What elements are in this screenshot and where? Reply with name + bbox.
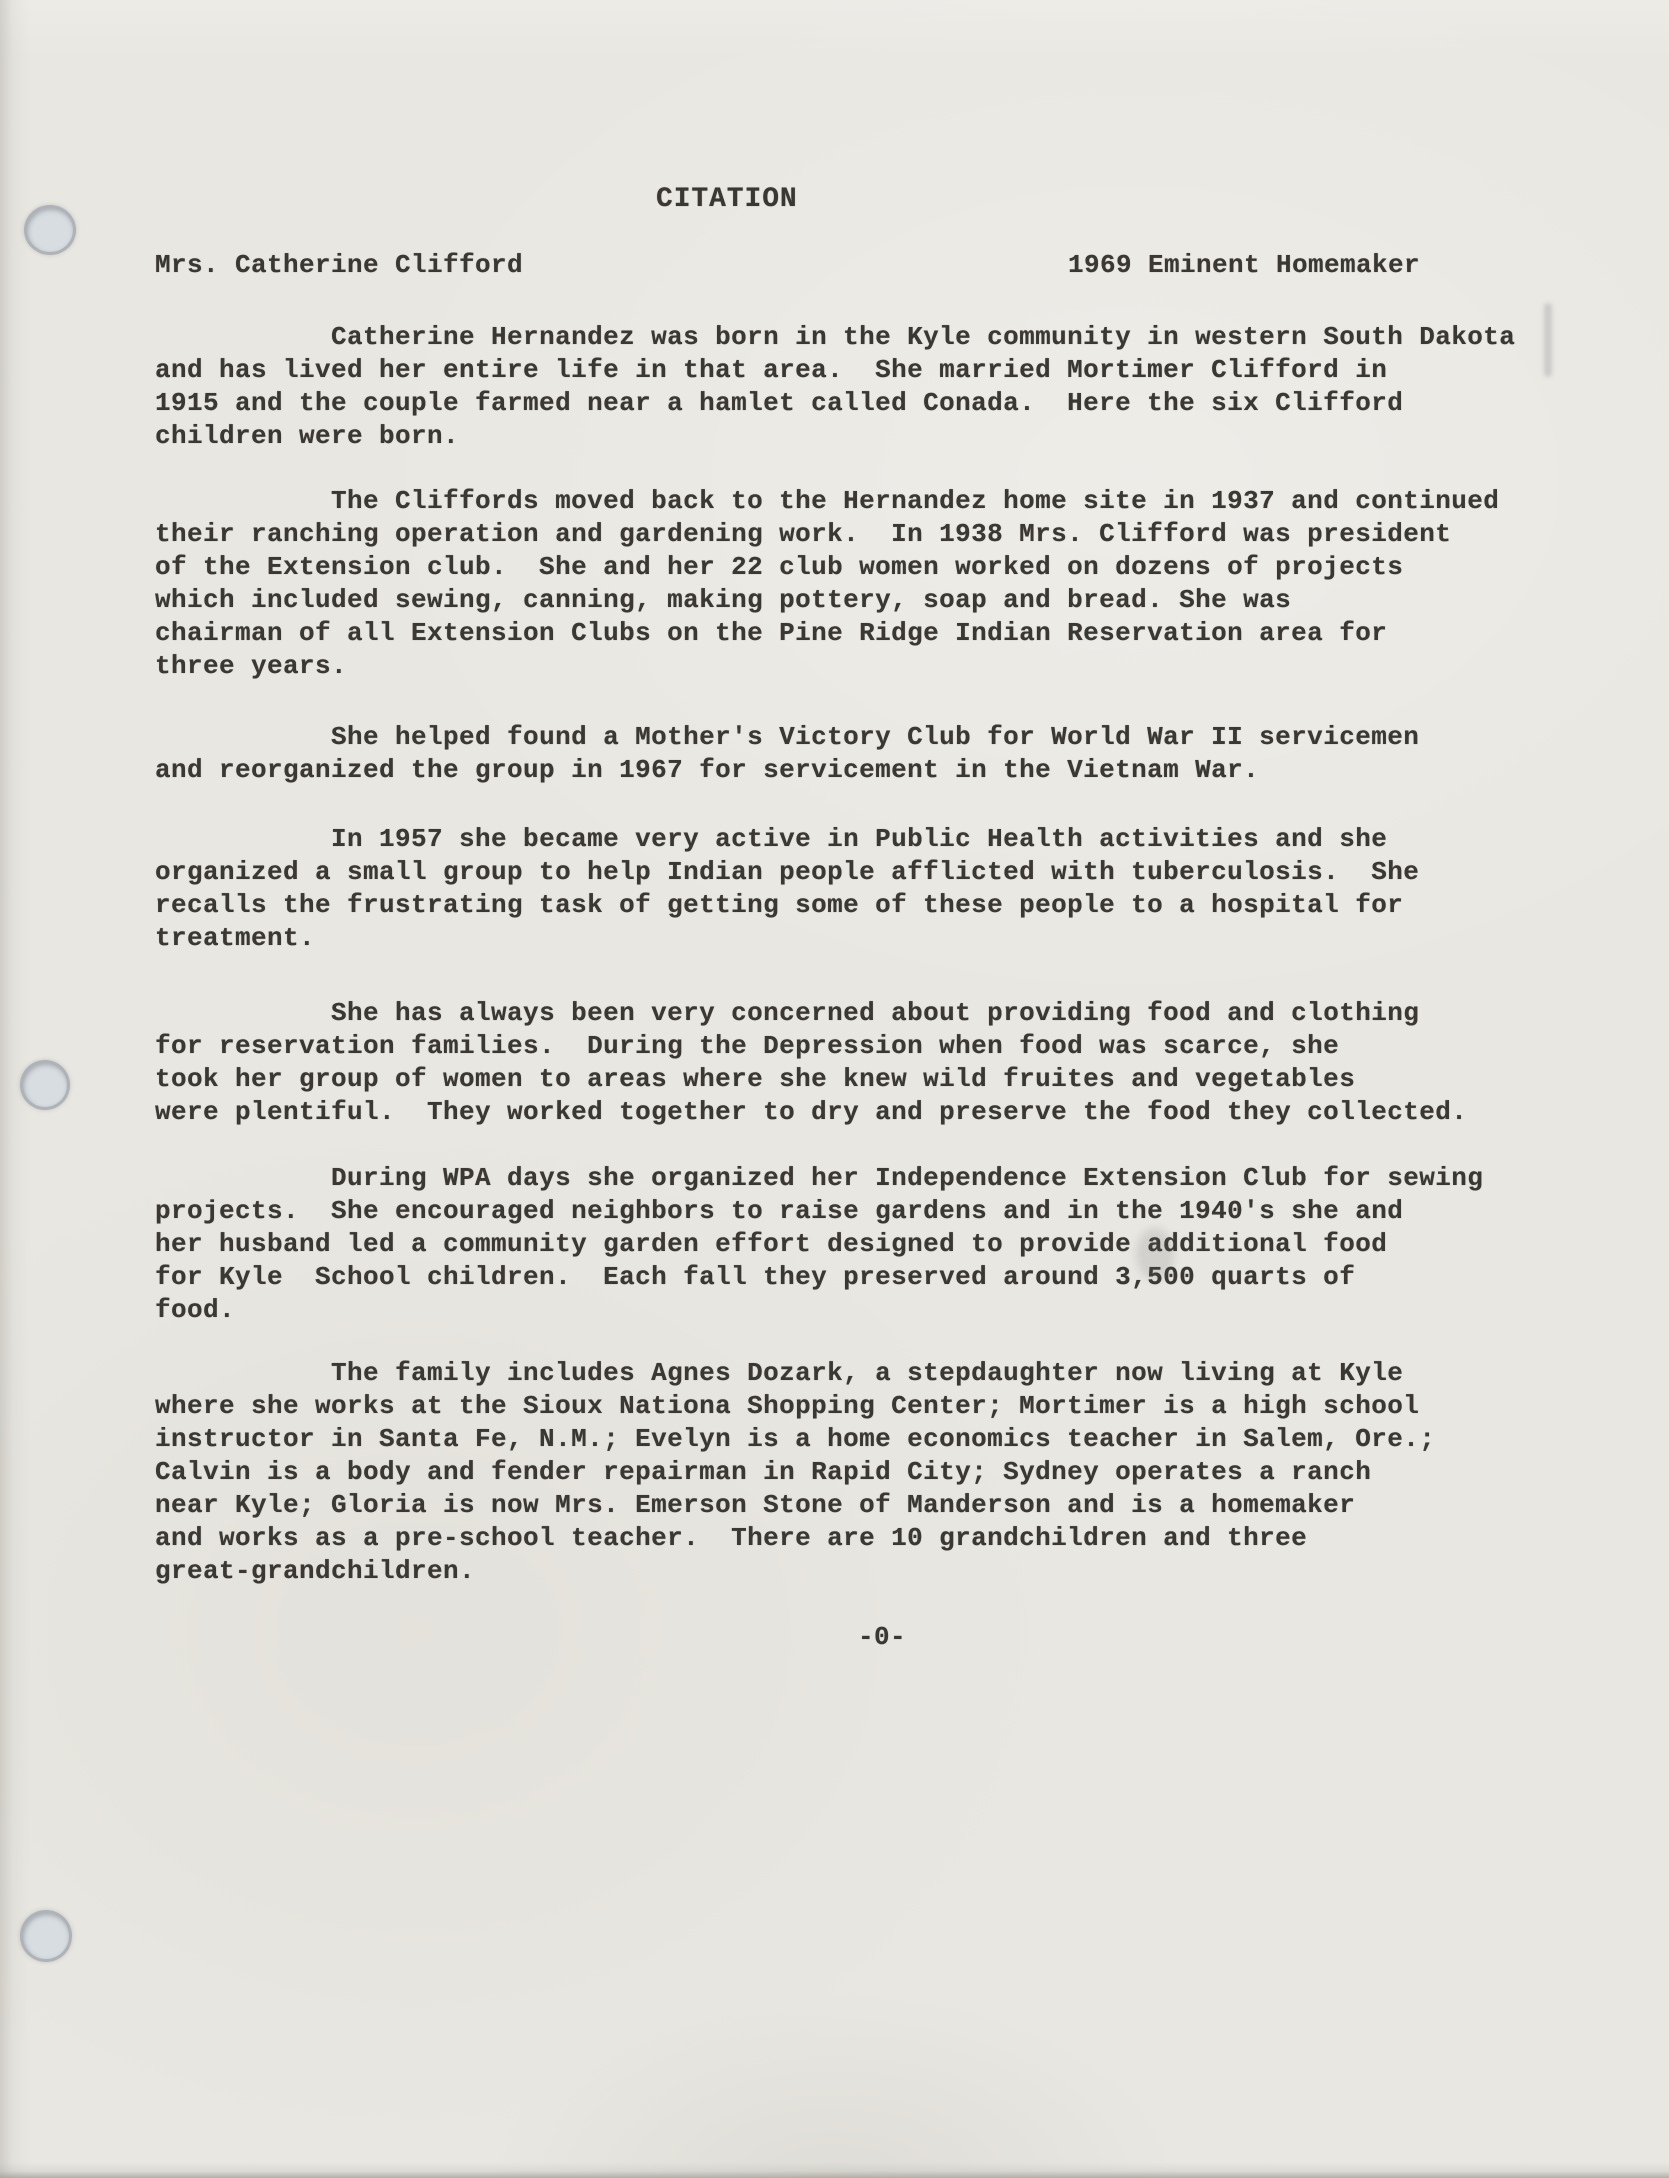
end-mark: -0- [858,1621,906,1654]
document-title: CITATION [656,183,798,216]
paragraph-wpa-gardens: During WPA days she organized her Indepe… [155,1162,1585,1327]
header-award-label: 1969 Eminent Homemaker [1068,249,1420,282]
paragraph-victory-club: She helped found a Mother's Victory Club… [155,721,1585,787]
document-page: CITATION Mrs. Catherine Clifford 1969 Em… [0,0,1669,2178]
paragraph-extension-club: The Cliffords moved back to the Hernande… [155,485,1585,683]
punch-hole-middle [20,1060,70,1110]
header-name-label: Mrs. Catherine Clifford [155,249,523,282]
paragraph-food-clothing: She has always been very concerned about… [155,997,1585,1129]
paragraph-public-health: In 1957 she became very active in Public… [155,823,1585,955]
paragraph-family: The family includes Agnes Dozark, a step… [155,1357,1585,1588]
punch-hole-top [24,205,76,255]
punch-hole-bottom [20,1910,72,1962]
paragraph-birth-marriage: Catherine Hernandez was born in the Kyle… [155,321,1585,453]
